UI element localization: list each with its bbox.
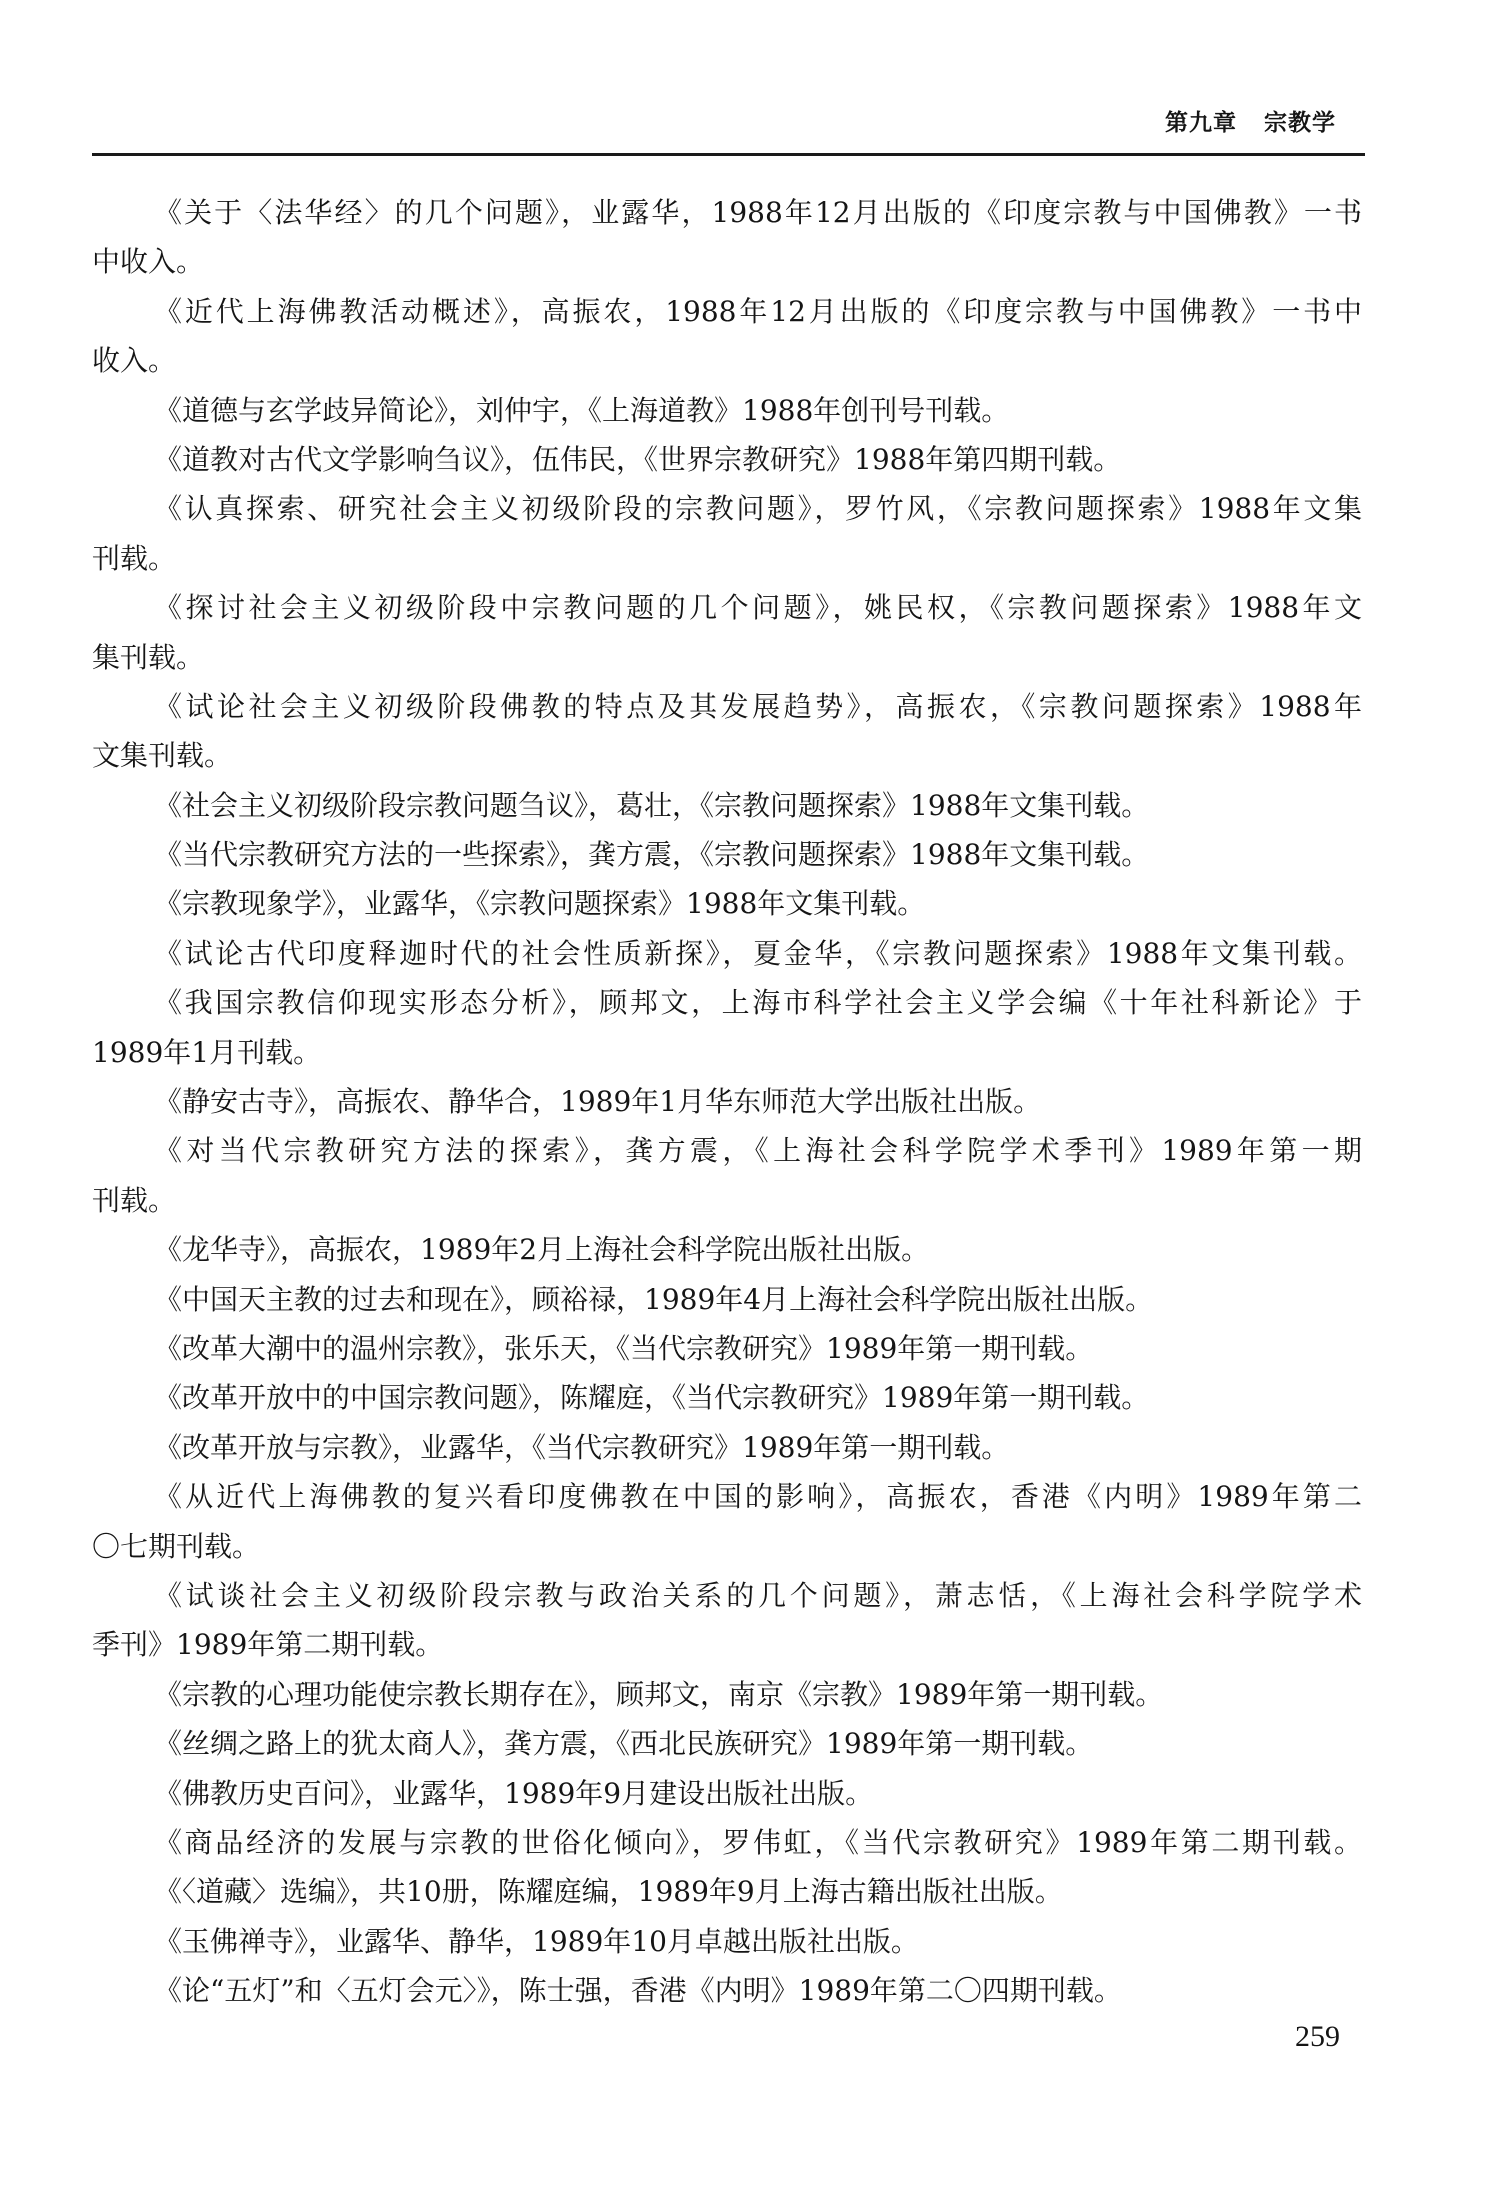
entry-line: 《关于〈法华经〉的几个问题》，业露华，1988年12月出版的《印度宗教与中国佛教… (92, 190, 1362, 239)
entry-line: 《静安古寺》，高振农、静华合，1989年1月华东师范大学出版社出版。 (92, 1079, 1362, 1128)
entry-line: 1989年1月刊载。 (92, 1030, 1362, 1079)
header-rule (92, 153, 1365, 156)
entry-line: 集刊载。 (92, 635, 1362, 684)
entry-line: 《试论社会主义初级阶段佛教的特点及其发展趋势》，高振农，《宗教问题探索》1988… (92, 684, 1362, 733)
entry-line: 收入。 (92, 338, 1362, 387)
entry-line: 《玉佛禅寺》，业露华、静华，1989年10月卓越出版社出版。 (92, 1919, 1362, 1968)
entry-line: 《社会主义初级阶段宗教问题刍议》，葛壮，《宗教问题探索》1988年文集刊载。 (92, 783, 1362, 832)
entry-line: 《改革开放与宗教》，业露华，《当代宗教研究》1989年第一期刊载。 (92, 1425, 1362, 1474)
entry-line: 《认真探索、研究社会主义初级阶段的宗教问题》，罗竹风，《宗教问题探索》1988年… (92, 486, 1362, 535)
entry-line: 刊载。 (92, 1178, 1362, 1227)
entry-line: 《对当代宗教研究方法的探索》，龚方震，《上海社会科学院学术季刊》1989年第一期 (92, 1128, 1362, 1177)
entry-line: 《改革大潮中的温州宗教》，张乐天，《当代宗教研究》1989年第一期刊载。 (92, 1326, 1362, 1375)
entry-line: 《探讨社会主义初级阶段中宗教问题的几个问题》，姚民权，《宗教问题探索》1988年… (92, 585, 1362, 634)
entry-line: 季刊》1989年第二期刊载。 (92, 1622, 1362, 1671)
entry-line: 《龙华寺》，高振农，1989年2月上海社会科学院出版社出版。 (92, 1227, 1362, 1276)
page-number: 259 (1280, 2020, 1340, 2054)
entry-line: 中收入。 (92, 239, 1362, 288)
entry-line: 刊载。 (92, 536, 1362, 585)
entry-line: 《论“五灯”和〈五灯会元〉》，陈士强，香港《内明》1989年第二〇四期刊载。 (92, 1968, 1362, 2017)
entry-line: 《〈道藏〉选编》，共10册，陈耀庭编，1989年9月上海古籍出版社出版。 (92, 1869, 1362, 1918)
bibliography-list: 《关于〈法华经〉的几个问题》，业露华，1988年12月出版的《印度宗教与中国佛教… (92, 190, 1362, 2017)
entry-line: 《丝绸之路上的犹太商人》，龚方震，《西北民族研究》1989年第一期刊载。 (92, 1721, 1362, 1770)
running-head: 第九章 宗教学 (1000, 104, 1336, 137)
entry-line: 《从近代上海佛教的复兴看印度佛教在中国的影响》，高振农，香港《内明》1989年第… (92, 1474, 1362, 1523)
entry-line: 《中国天主教的过去和现在》，顾裕禄，1989年4月上海社会科学院出版社出版。 (92, 1277, 1362, 1326)
entry-line: 《改革开放中的中国宗教问题》，陈耀庭，《当代宗教研究》1989年第一期刊载。 (92, 1375, 1362, 1424)
entry-line: 《道德与玄学歧异简论》，刘仲宇，《上海道教》1988年创刊号刊载。 (92, 388, 1362, 437)
entry-line: 《近代上海佛教活动概述》，高振农，1988年12月出版的《印度宗教与中国佛教》一… (92, 289, 1362, 338)
entry-line: 《我国宗教信仰现实形态分析》，顾邦文，上海市科学社会主义学会编《十年社科新论》于 (92, 980, 1362, 1029)
entry-line: 《试谈社会主义初级阶段宗教与政治关系的几个问题》，萧志恬，《上海社会科学院学术 (92, 1573, 1362, 1622)
entry-line: 〇七期刊载。 (92, 1524, 1362, 1573)
entry-line: 《宗教现象学》，业露华，《宗教问题探索》1988年文集刊载。 (92, 881, 1362, 930)
entry-line: 《宗教的心理功能使宗教长期存在》，顾邦文，南京《宗教》1989年第一期刊载。 (92, 1672, 1362, 1721)
entry-line: 文集刊载。 (92, 733, 1362, 782)
entry-line: 《道教对古代文学影响刍议》，伍伟民，《世界宗教研究》1988年第四期刊载。 (92, 437, 1362, 486)
entry-line: 《商品经济的发展与宗教的世俗化倾向》，罗伟虹，《当代宗教研究》1989年第二期刊… (92, 1820, 1362, 1869)
entry-line: 《当代宗教研究方法的一些探索》，龚方震，《宗教问题探索》1988年文集刊载。 (92, 832, 1362, 881)
entry-line: 《试论古代印度释迦时代的社会性质新探》，夏金华，《宗教问题探索》1988年文集刊… (92, 931, 1362, 980)
entry-line: 《佛教历史百问》，业露华，1989年9月建设出版社出版。 (92, 1771, 1362, 1820)
